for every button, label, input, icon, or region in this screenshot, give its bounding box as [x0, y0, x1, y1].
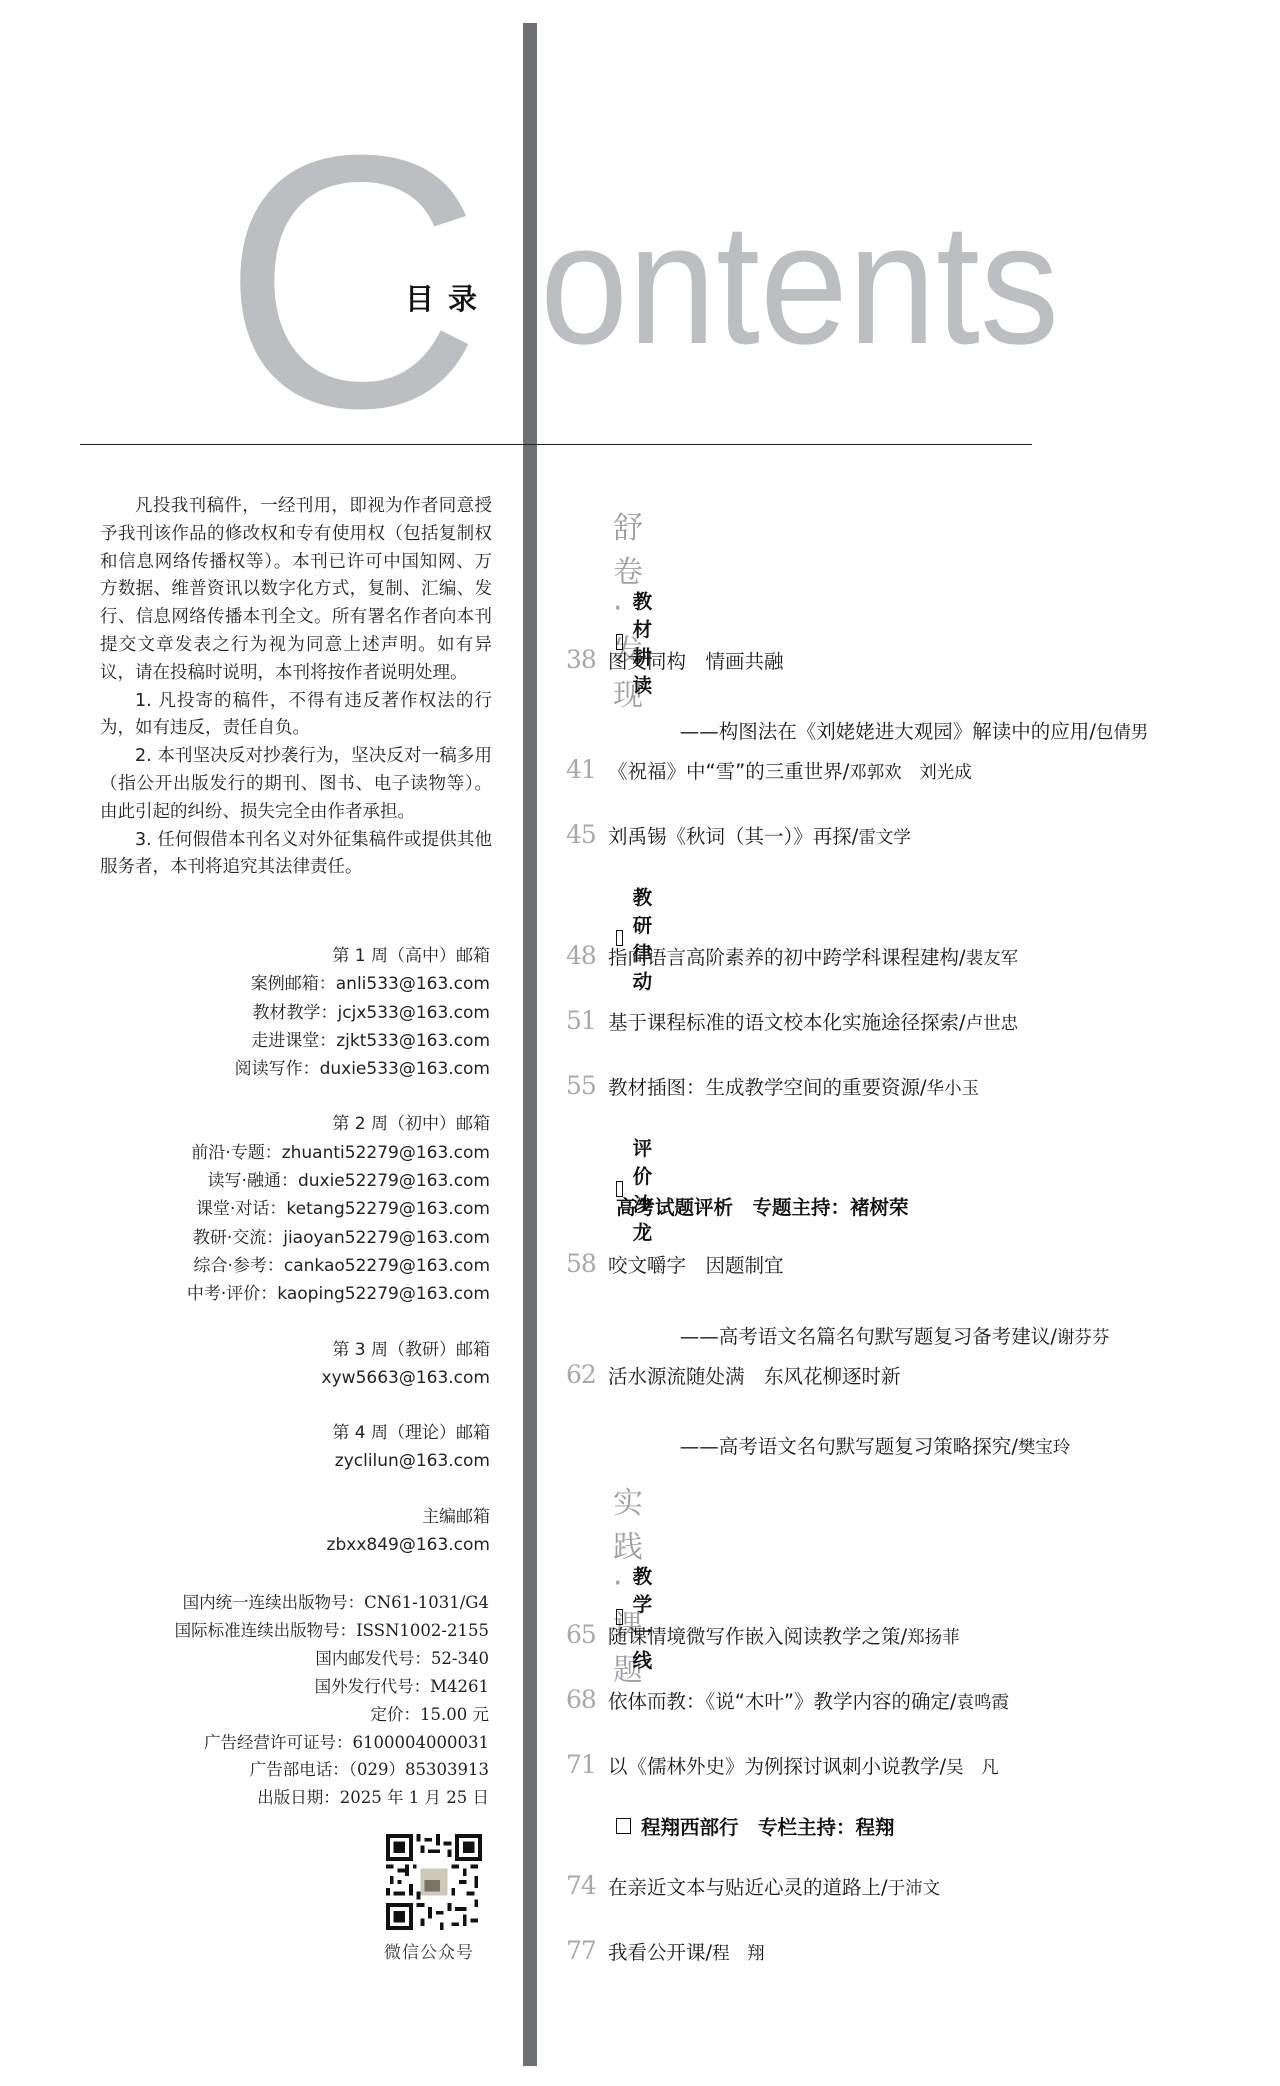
- article-title: 活水源流随处满 东风花柳逐时新: [608, 1361, 901, 1389]
- section-heading: 教研律动: [616, 882, 661, 994]
- publication-info: 国内统一连续出版物号：CN61-1031/G4 国际标准连续出版物号：ISSN1…: [175, 1589, 489, 1812]
- article-subtitle-line[interactable]: ——高考语文名句默写题复习策略探究/樊宝玲: [655, 1408, 1070, 1482]
- email-link[interactable]: 中考·评价：kaoping52279@163.com: [187, 1280, 490, 1308]
- article-subtitle: ——高考语文名句默写题复习策略探究: [680, 1435, 1012, 1458]
- email-group-title: 第 2 周（初中）邮箱: [187, 1110, 490, 1138]
- notice-paragraph: 1. 凡投寄的稿件，不得有违反著作权法的行为，如有违反，责任自负。: [100, 688, 492, 744]
- toc-entry[interactable]: 41 《祝福》中“雪”的三重世界/邓郭欢 刘光成: [566, 755, 972, 784]
- pub-info-line: 国际标准连续出版物号：ISSN1002-2155: [175, 1617, 489, 1645]
- section-heading-label: 教学一线: [633, 1561, 661, 1673]
- section-heading-label: 教材耕读: [633, 586, 661, 698]
- toc-entry[interactable]: 77 我看公开课/程 翔: [566, 1936, 765, 1965]
- toc-entry[interactable]: 58 咬文嚼字 因题制宜: [566, 1249, 784, 1278]
- toc-entry[interactable]: 48 指向语言高阶素养的初中跨学科课程建构/裴友军: [566, 941, 1018, 970]
- toc-entry[interactable]: 38 图文同构 情画共融: [566, 645, 784, 674]
- contents-word: ontents: [540, 198, 1059, 370]
- toc-entry[interactable]: 65 随课情境微写作嵌入阅读教学之策/郑扬菲: [566, 1620, 960, 1649]
- email-group-editor: 主编邮箱 zbxx849@163.com: [187, 1503, 490, 1560]
- page-number: 71: [566, 1750, 608, 1779]
- email-group-title: 第 1 周（高中）邮箱: [187, 942, 490, 970]
- article-title: 教材插图：生成教学空间的重要资源: [608, 1072, 920, 1100]
- page-number: 62: [566, 1360, 608, 1389]
- toc-entry[interactable]: 71 以《儒林外史》为例探讨讽刺小说教学/吴 凡: [566, 1750, 999, 1779]
- vertical-divider-bar: [523, 23, 537, 2066]
- email-link[interactable]: 综合·参考：cankao52279@163.com: [187, 1252, 490, 1280]
- page-number: 41: [566, 755, 608, 784]
- article-author: 邓郭欢 刘光成: [849, 759, 972, 784]
- section-heading: 教材耕读: [616, 586, 661, 698]
- section-heading: 评价沙龙: [616, 1133, 661, 1245]
- email-link[interactable]: 案例邮箱：anli533@163.com: [187, 970, 490, 998]
- article-subtitle: ——构图法在《刘姥姥进大观园》解读中的应用: [680, 720, 1090, 743]
- email-group-week3: 第 3 周（教研）邮箱 xyw5663@163.com: [187, 1336, 490, 1393]
- article-author: 裴友军: [966, 945, 1019, 970]
- article-author: 卢世忠: [966, 1010, 1019, 1035]
- page-number: 38: [566, 645, 608, 674]
- toc-entry[interactable]: 45 刘禹锡《秋词（其一）》再探/雷文学: [566, 820, 911, 849]
- notice-paragraph: 3. 任何假借本刊名义对外征集稿件或提供其他服务者，本刊将追究其法律责任。: [100, 827, 492, 883]
- section-subheading: 高考试题评析 专题主持：褚树荣: [616, 1192, 909, 1220]
- email-link[interactable]: 前沿·专题：zhuanti52279@163.com: [187, 1139, 490, 1167]
- article-title: 基于课程标准的语文校本化实施途径探索: [608, 1007, 959, 1035]
- page-number: 48: [566, 941, 608, 970]
- section-heading-label: 教研律动: [633, 882, 661, 994]
- toc-entry[interactable]: 62 活水源流随处满 东风花柳逐时新: [566, 1360, 901, 1389]
- article-author: 程 翔: [712, 1940, 765, 1965]
- article-subtitle: ——高考语文名篇名句默写题复习备考建议: [680, 1325, 1051, 1348]
- pub-info-line: 广告部电话：（029）85303913: [175, 1756, 489, 1784]
- checkbox-square-icon: [616, 1818, 631, 1834]
- pub-info-line: 广告经营许可证号：6100004000031: [175, 1729, 489, 1757]
- email-group-title: 第 3 周（教研）邮箱: [187, 1336, 490, 1364]
- article-title: 《祝福》中“雪”的三重世界: [608, 756, 843, 784]
- page-number: 51: [566, 1006, 608, 1035]
- article-title: 依体而教：《说“木叶”》教学内容的确定: [608, 1686, 950, 1714]
- article-author: 谢芬芬: [1057, 1328, 1110, 1348]
- section-heading-label: 评价沙龙: [633, 1133, 661, 1245]
- page-number: 58: [566, 1249, 608, 1278]
- toc-entry[interactable]: 68 依体而教：《说“木叶”》教学内容的确定/袁鸣霞: [566, 1685, 1009, 1714]
- article-author: 樊宝玲: [1018, 1438, 1071, 1458]
- page-number: 45: [566, 820, 608, 849]
- email-link[interactable]: 教研·交流：jiaoyan52279@163.com: [187, 1224, 490, 1252]
- article-author: 吴 凡: [946, 1754, 999, 1779]
- email-link[interactable]: 教材教学：jcjx533@163.com: [187, 999, 490, 1027]
- email-group-title: 第 4 周（理论）邮箱: [187, 1419, 490, 1447]
- article-author: 于沛文: [888, 1875, 941, 1900]
- email-group-week2: 第 2 周（初中）邮箱 前沿·专题：zhuanti52279@163.com 读…: [187, 1110, 490, 1308]
- article-title: 咬文嚼字 因题制宜: [608, 1250, 784, 1278]
- toc-entry[interactable]: 55 教材插图：生成教学空间的重要资源/华小玉: [566, 1071, 979, 1100]
- notice-paragraph: 凡投我刊稿件，一经刊用，即视为作者同意授予我刊该作品的修改权和专有使用权（包括复…: [100, 493, 492, 688]
- article-title: 刘禹锡《秋词（其一）》再探: [608, 821, 852, 849]
- email-link[interactable]: xyw5663@163.com: [187, 1364, 490, 1392]
- article-title: 指向语言高阶素养的初中跨学科课程建构: [608, 942, 959, 970]
- copyright-notice: 凡投我刊稿件，一经刊用，即视为作者同意授予我刊该作品的修改权和专有使用权（包括复…: [100, 493, 492, 882]
- email-group-week4: 第 4 周（理论）邮箱 zyclilun@163.com: [187, 1419, 490, 1476]
- article-author: 包倩男: [1096, 723, 1149, 743]
- submission-emails: 第 1 周（高中）邮箱 案例邮箱：anli533@163.com 教材教学：jc…: [187, 942, 490, 1586]
- email-link[interactable]: zyclilun@163.com: [187, 1447, 490, 1475]
- email-link[interactable]: 读写·融通：duxie52279@163.com: [187, 1167, 490, 1195]
- toc-entry[interactable]: 74 在亲近文本与贴近心灵的道路上/于沛文: [566, 1871, 940, 1900]
- notice-paragraph: 2. 本刊坚决反对抄袭行为，坚决反对一稿多用（指公开出版发行的期刊、图书、电子读…: [100, 743, 492, 826]
- pub-info-line: 定价：15.00 元: [175, 1701, 489, 1729]
- page-number: 55: [566, 1071, 608, 1100]
- page-number: 77: [566, 1936, 608, 1965]
- article-author: 袁鸣霞: [957, 1689, 1010, 1714]
- article-title: 随课情境微写作嵌入阅读教学之策: [608, 1621, 901, 1649]
- pub-info-line: 国内邮发代号：52-340: [175, 1645, 489, 1673]
- section-heading-label: 程翔西部行 专栏主持：程翔: [641, 1812, 895, 1840]
- email-link[interactable]: 课堂·对话：ketang52279@163.com: [187, 1195, 490, 1223]
- article-author: 华小玉: [927, 1075, 980, 1100]
- article-title: 以《儒林外史》为例探讨讽刺小说教学: [608, 1751, 940, 1779]
- page-number: 68: [566, 1685, 608, 1714]
- toc-entry[interactable]: 51 基于课程标准的语文校本化实施途径探索/卢世忠: [566, 1006, 1018, 1035]
- article-author: 郑扬菲: [907, 1624, 960, 1649]
- email-group-week1: 第 1 周（高中）邮箱 案例邮箱：anli533@163.com 教材教学：jc…: [187, 942, 490, 1083]
- pub-info-line: 国外发行代号：M4261: [175, 1673, 489, 1701]
- email-group-title: 主编邮箱: [187, 1503, 490, 1531]
- section-heading: 程翔西部行 专栏主持：程翔: [616, 1812, 895, 1840]
- email-link[interactable]: 阅读写作：duxie533@163.com: [187, 1055, 490, 1083]
- qr-code-icon[interactable]: [386, 1834, 482, 1930]
- pub-info-line: 国内统一连续出版物号：CN61-1031/G4: [175, 1589, 489, 1617]
- pub-info-line: 出版日期：2025 年 1 月 25 日: [175, 1784, 489, 1812]
- page-title-cn: 目录: [405, 277, 491, 318]
- email-link[interactable]: 走进课堂：zjkt533@163.com: [187, 1027, 490, 1055]
- article-title: 图文同构 情画共融: [608, 646, 784, 674]
- article-author: 雷文学: [858, 824, 911, 849]
- article-title: 在亲近文本与贴近心灵的道路上: [608, 1872, 881, 1900]
- article-title: 我看公开课: [608, 1937, 706, 1965]
- page-number: 65: [566, 1620, 608, 1649]
- page-number: 74: [566, 1871, 608, 1900]
- qr-caption: 微信公众号: [384, 1938, 474, 1963]
- email-link[interactable]: zbxx849@163.com: [187, 1531, 490, 1559]
- section-heading: 教学一线: [616, 1561, 661, 1673]
- horizontal-rule: [80, 444, 1032, 445]
